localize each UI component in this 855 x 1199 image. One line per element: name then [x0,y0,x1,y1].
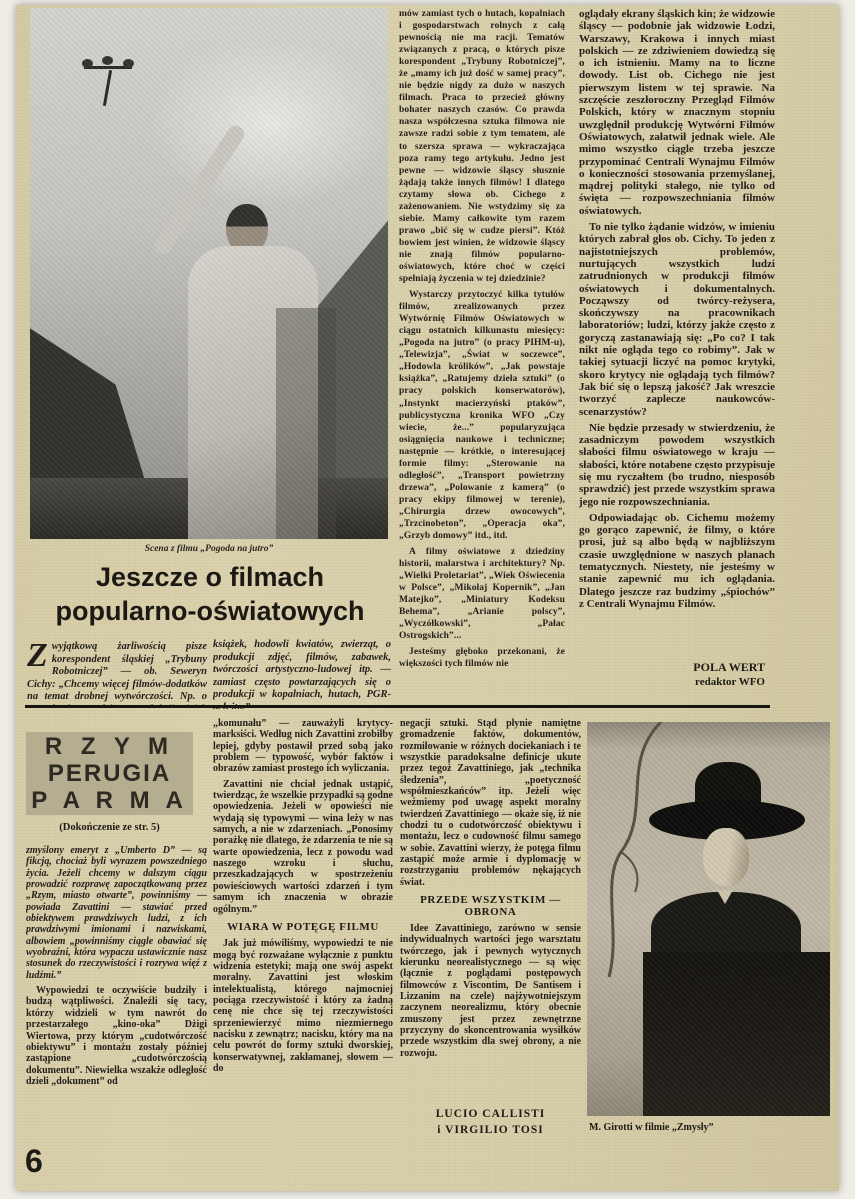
paragraph: Odpowiadając ob. Cichemu możemy go gorąc… [579,512,775,610]
intro-column-right: książek, hodowli kwiatów, zwierząt, o pr… [213,639,391,709]
drop-cap: Z [27,641,52,671]
man-jacket-shade [276,308,336,539]
bottom-column-2: „komunału” — zauważyli krytycy-marksiści… [213,718,393,1170]
plant-tendril-shape [591,722,681,982]
bottom-signature-1: LUCIO CALLISTI [400,1108,581,1120]
cloud-highlight [150,38,388,208]
paragraph: Jesteśmy głęboko przekonani, że większoś… [399,646,565,670]
rzym-title-line3: P A R M A [26,787,193,814]
mountain-ridge-right-shape [180,218,388,539]
shoulders-shape [651,892,801,972]
man-torso-shape [188,246,318,539]
paragraph: zmyślony emeryt z „Umberto D” — są fikcj… [26,845,207,981]
subheading-przede-wszystkim: PRZEDE WSZYSTKIM — OBRONA [400,895,581,918]
paragraph: negacji sztuki. Stąd płynie namiętne gro… [400,718,581,888]
article-title: Jeszcze o filmach popularno-oświatowych [34,560,386,628]
bottom-column-3: negacji sztuki. Stąd płynie namiętne gro… [400,718,581,1110]
article-title-line2: popularno-oświatowych [34,594,386,628]
bottom-signature-2: i VIRGILIO TOSI [400,1124,581,1136]
face-shape [703,828,749,886]
intro-text-right: książek, hodowli kwiatów, zwierząt, o pr… [213,639,391,709]
photo-pogoda-na-jutro [30,8,388,539]
collar-highlight [717,890,733,904]
hat-brim-shape [649,800,805,840]
mountain-dark-left-shape [30,258,220,539]
anemometer-icon [82,56,134,106]
hat-crown-shape [695,762,761,814]
continuation-note: (Dokończenie ze str. 5) [26,822,193,833]
paragraph: A filmy oświatowe z dziedziny historii, … [399,546,565,642]
rzym-title-line1: R Z Y M [26,733,193,760]
rocks-bottom-shape [30,478,388,539]
paragraph: mów zamiast tych o hutach, kopalniach i … [399,8,565,285]
paragraph: Nie będzie przesady w stwierdzeniu, że z… [579,422,775,508]
coat-shape [643,952,830,1116]
subheading-wiara: WIARA W POTĘGĘ FILMU [213,922,393,933]
rzym-title-line2: PERUGIA [26,760,193,787]
photo-caption-top: Scena z filmu „Pogoda na jutro” [30,544,388,554]
article-title-line1: Jeszcze o filmach [34,560,386,594]
page-number: 6 [25,1143,43,1180]
paragraph: To nie tylko żądanie widzów, w imieniu k… [579,221,775,418]
man-raised-arm-shape [151,123,247,258]
author-role: redaktor WFO [579,676,765,688]
intro-column-left: Z wyjątkową żarliwością pisze koresponde… [27,641,207,707]
photo-caption-bottom: M. Girotti w filmie „Zmysły” [589,1122,832,1133]
top-column-b: oglądały ekrany śląskich kin; że widzowi… [579,8,775,658]
paragraph: Wystarczy przytoczyć kilka tytułów filmó… [399,289,565,542]
author-signature: POLA WERT [579,660,765,675]
section-divider-rule [25,705,770,708]
paragraph: Jak już mówiliśmy, wypowiedzi te nie mog… [213,938,393,1074]
paragraph: Idee Zavattiniego, zarówno w sensie indy… [400,923,581,1059]
man-head-shape [226,204,268,254]
paragraph: Zavattini nie chciał jednak ustąpić, twi… [213,779,393,915]
intro-text-left: wyjątkową żarliwością pisze korespondent… [27,641,207,707]
top-column-a: mów zamiast tych o hutach, kopalniach i … [399,8,565,702]
paragraph: oglądały ekrany śląskich kin; że widzowi… [579,8,775,217]
photo-girotti-zmysly [587,722,830,1116]
rzym-title-box: R Z Y M PERUGIA P A R M A [26,732,193,815]
paragraph: „komunału” — zauważyli krytycy-marksiści… [213,718,393,775]
bottom-column-1: zmyślony emeryt z „Umberto D” — są fikcj… [26,845,207,1141]
paragraph: Wypowiedzi te oczywiście budziły i budzą… [26,985,207,1087]
newspaper-page-scan: Scena z filmu „Pogoda na jutro” Jeszcze … [0,0,855,1199]
